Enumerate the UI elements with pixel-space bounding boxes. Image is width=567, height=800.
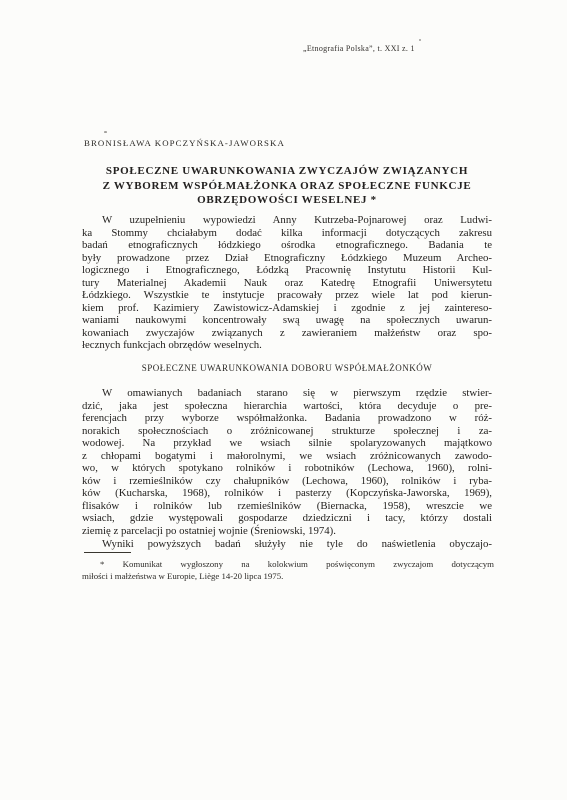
article-title-line: SPOŁECZNE UWARUNKOWANIA ZWYCZAJÓW ZWIĄZA…: [82, 164, 492, 179]
text-line: W omawianych badaniach starano się w pie…: [82, 387, 492, 400]
text-line: łecznych funkcjach obrzędów weselnych.: [82, 339, 492, 352]
text-line: waniami naukowymi koncentrowały swą uwag…: [82, 314, 492, 327]
journal-header: „Etnografia Polska”, t. XXI z. 1: [303, 44, 415, 53]
footnote-line: * Komunikat wygłoszony na kolokwium pośw…: [82, 559, 494, 571]
text-line: ferencjach przy wyborze współmałżonka. B…: [82, 412, 492, 425]
text-line: Wyniki powyższych badań służyły nie tyle…: [82, 538, 492, 551]
text-line: były prowadzone przez Dział Etnograficzn…: [82, 252, 492, 265]
author-name: BRONISŁAWA KOPCZYŃSKA-JAWORSKA: [84, 138, 285, 148]
text-line: ziemię z parcelacji po ostatniej wojnie …: [82, 525, 492, 538]
text-line: ków (Kucharska, 1968), rolników i paster…: [82, 487, 492, 500]
text-line: wsiach, gdzie występowali gospodarze dzi…: [82, 512, 492, 525]
text-line: ków i rzemieślników czy chałupników (Lec…: [82, 475, 492, 488]
section-heading: SPOŁECZNE UWARUNKOWANIA DOBORU WSPÓŁMAŁŻ…: [82, 363, 492, 373]
text-line: kiem prof. Kazimiery Zawistowicz-Adamski…: [82, 302, 492, 315]
text-line: wo, w których spotykano rolników i robot…: [82, 462, 492, 475]
footnote-line: miłości i małżeństwa w Europie, Liège 14…: [82, 571, 494, 583]
section-body: W omawianych badaniach starano się w pie…: [82, 387, 492, 550]
text-line: norakich społecznościach o zróżnicowanej…: [82, 425, 492, 438]
section-paragraph: W omawianych badaniach starano się w pie…: [82, 387, 492, 538]
text-line: logicznego i Etnograficznego, Łódzką Pra…: [82, 264, 492, 277]
article-title: SPOŁECZNE UWARUNKOWANIA ZWYCZAJÓW ZWIĄZA…: [82, 164, 492, 208]
text-line: W uzupełnieniu wypowiedzi Anny Kutrzeba-…: [82, 214, 492, 227]
text-line: wodowej. Na przykład we wsiach silnie sp…: [82, 437, 492, 450]
footnote: * Komunikat wygłoszony na kolokwium pośw…: [82, 559, 494, 583]
scan-speck: [419, 39, 421, 41]
footnote-separator: [84, 552, 131, 553]
text-line: dzić, jaka jest społeczna hierarchia war…: [82, 400, 492, 413]
article-title-line: OBRZĘDOWOŚCI WESELNEJ *: [82, 193, 492, 208]
intro-paragraph: W uzupełnieniu wypowiedzi Anny Kutrzeba-…: [82, 214, 492, 352]
section-paragraph-continued: Wyniki powyższych badań służyły nie tyle…: [82, 538, 492, 551]
scan-speck: [104, 131, 107, 133]
text-line: flisaków i rolników lub rzemieślników (B…: [82, 500, 492, 513]
article-title-line: Z WYBOREM WSPÓŁMAŁŻONKA ORAZ SPOŁECZNE F…: [82, 179, 492, 194]
text-line: badań etnograficznych łódzkiego ośrodka …: [82, 239, 492, 252]
text-line: ka Stommy chciałabym dodać kilka informa…: [82, 227, 492, 240]
text-line: kowaniach zwyczajów związanych z zawiera…: [82, 327, 492, 340]
text-line: Łódzkiego. Wszystkie te instytucje praco…: [82, 289, 492, 302]
text-line: tury Materialnej Akademii Nauk oraz Kate…: [82, 277, 492, 290]
text-line: z chłopami bogatymi i małorolnymi, we ws…: [82, 450, 492, 463]
document-page: „Etnografia Polska”, t. XXI z. 1 BRONISŁ…: [0, 0, 567, 800]
